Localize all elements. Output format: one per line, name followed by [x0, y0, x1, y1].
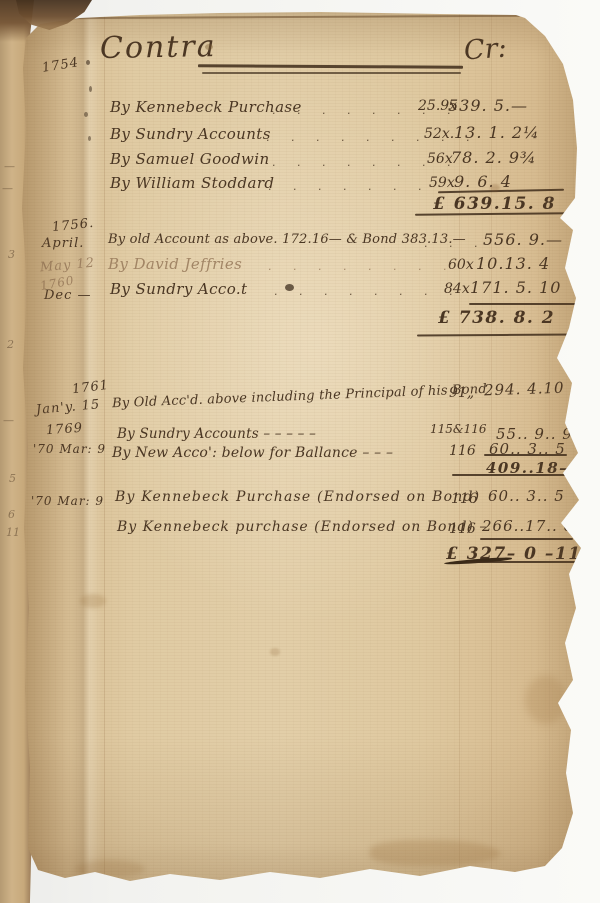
stain: [75, 860, 145, 878]
total-rule: [480, 538, 573, 540]
credit-abbreviation: Cr:: [463, 33, 508, 67]
stain: [80, 594, 106, 608]
entry-amount: 78. 2. 9¾: [451, 148, 537, 167]
page-edge-fragment: —: [2, 182, 13, 195]
page-top-edge-line: [62, 15, 520, 19]
page-edge-fragment: 3: [8, 248, 15, 261]
entry-date: April.: [42, 236, 84, 251]
scanned-ledger-background: — — 3 2 — 5 6 11 Contra Cr: 1754 By Kenn…: [0, 0, 600, 903]
entry-date: Jan'y. 15: [35, 397, 100, 418]
page-edge-fragment: 6: [8, 508, 15, 521]
section-total: £ 738. 8. 2: [438, 308, 555, 328]
total-rule: [469, 303, 576, 305]
entry-date: Dec —: [44, 288, 92, 303]
title-underline: [198, 64, 463, 68]
entry-folio: 116: [449, 443, 476, 459]
entry-description: By old Account as above. 172.16— & Bond …: [108, 232, 466, 247]
ledger-page: Contra Cr: 1754 By Kennebeck Purchase . …: [20, 8, 592, 896]
stain: [270, 648, 280, 656]
entry-description: By Sundry Acco.t: [110, 280, 247, 298]
entry-folio: 52x.: [424, 126, 454, 142]
stain: [370, 840, 500, 866]
page-edge-fragment: 11: [6, 526, 20, 539]
entry-description: By Old Acc'd. above including the Princi…: [112, 382, 487, 411]
page-title-script: Contra: [100, 29, 217, 66]
entry-description: By William Stoddard: [110, 174, 274, 192]
entry-date: May 12: [39, 256, 95, 276]
section-total: £ 639.15. 8: [433, 194, 556, 214]
entry-description: By Kennebeck Purchase (Endorsed on Bond): [115, 489, 480, 505]
entry-amount: 13. 1. 2¼: [454, 123, 540, 142]
entry-amount: 266..17.. 6: [482, 517, 574, 535]
total-rule: [417, 333, 576, 336]
stitch-dot: [89, 86, 92, 92]
entry-folio: 115&116: [430, 422, 487, 436]
title-underline: [202, 72, 461, 74]
page-edge-fragment: 5: [9, 472, 16, 485]
stain: [525, 676, 567, 724]
entry-amount: 171. 5. 10: [470, 278, 561, 297]
entry-description: By New Acco': below for Ballance – – –: [112, 445, 393, 461]
page-edge-fragment: —: [4, 160, 15, 173]
entry-date: '70 Mar: 9: [31, 494, 104, 508]
entry-amount: 9. 6. 4: [454, 172, 512, 191]
entry-folio: 116: [451, 491, 478, 507]
entry-amount: 294. 4.10: [484, 379, 565, 400]
entry-date: 1769: [46, 421, 84, 439]
entry-amount: 556. 9.—: [483, 230, 563, 249]
entry-description: By Samuel Goodwin: [110, 150, 270, 168]
stitch-dot: [88, 136, 91, 141]
page-edge-fragment: —: [3, 414, 14, 427]
entry-amount: 60.. 3.. 5: [488, 487, 565, 505]
entry-folio: 84x: [444, 281, 470, 297]
entry-folio: 116: [449, 521, 476, 537]
total-rule: [484, 454, 567, 456]
margin-year: 1754: [41, 55, 80, 76]
entry-folio: 56x: [427, 151, 453, 167]
entry-folio: 91„: [449, 385, 474, 401]
entry-description: By Sundry Accounts – – – – –: [117, 426, 316, 442]
page-edge-fragment: 2: [7, 338, 14, 351]
entry-amount: 539. 5.—: [448, 96, 528, 115]
dot-leader: . . .: [424, 237, 486, 250]
entry-amount: 10.13. 4: [476, 254, 550, 273]
entry-folio: 59x: [429, 175, 455, 191]
stitch-dot: [84, 112, 88, 117]
total-rule: [467, 561, 580, 563]
dot-leader: . . . . . . .: [268, 180, 430, 193]
entry-description: By Sundry Accounts: [110, 125, 271, 143]
margin-year: 1756.: [51, 216, 95, 235]
entry-description: By David Jeffries: [108, 255, 242, 273]
dot-leader: . . . . . . . .: [268, 260, 455, 273]
total-rule: [452, 474, 578, 476]
ink-blot: [285, 284, 294, 291]
stitch-dot: [86, 60, 90, 65]
dot-leader: . . . . . . . .: [274, 285, 461, 298]
entry-folio: 60x: [448, 257, 474, 273]
entry-description: By Kennebeck purchase (Endorsed on Bond)…: [117, 519, 487, 535]
entry-date: '70 Mar: 9: [33, 442, 106, 456]
